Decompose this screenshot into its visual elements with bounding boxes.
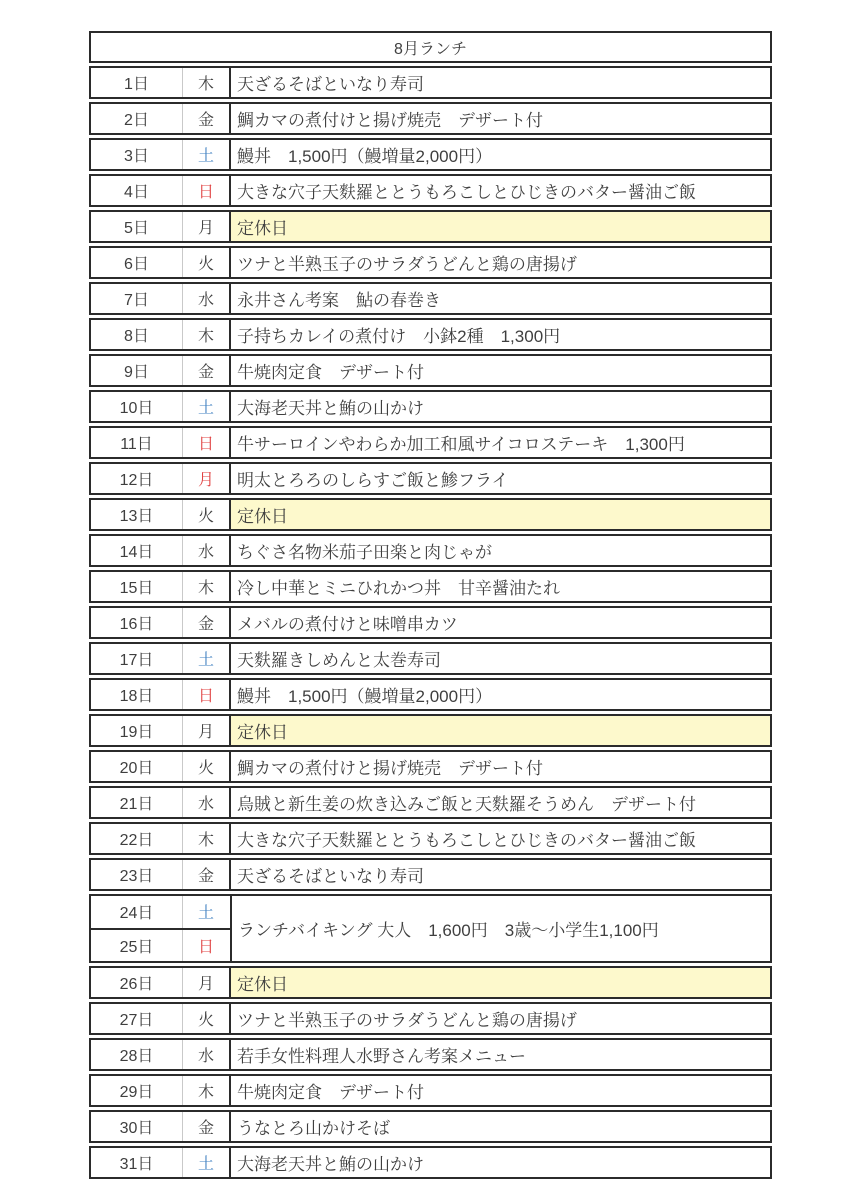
- weekday-cell: 月: [183, 968, 229, 997]
- day-label: 12日: [120, 467, 154, 490]
- day-cell: 31日: [91, 1148, 183, 1177]
- menu-label: 大きな穴子天麩羅ととうもろこしとひじきのバター醤油ご飯: [237, 178, 696, 203]
- menu-row: 29日 木 牛焼肉定食 デザート付: [89, 1074, 772, 1107]
- day-label: 2日: [124, 107, 149, 130]
- day-label: 17日: [120, 647, 154, 670]
- menu-cell: メバルの煮付けと味噌串カツ: [229, 608, 770, 637]
- menu-cell: 牛焼肉定食 デザート付: [229, 1076, 770, 1105]
- day-cell: 8日: [91, 320, 183, 349]
- menu-label: 定休日: [237, 214, 288, 239]
- menu-label: 牛サーロインやわらか加工和風サイコロステーキ 1,300円: [237, 430, 685, 455]
- menu-cell: 鯛カマの煮付けと揚げ焼売 デザート付: [229, 752, 770, 781]
- menu-rows: 1日 木 天ざるそばといなり寿司 2日 金 鯛カマの煮付けと揚げ焼売 デザート付…: [89, 66, 772, 1179]
- menu-row: 27日 火 ツナと半熟玉子のサラダうどんと鶏の唐揚げ: [89, 1002, 772, 1035]
- weekday-label: 木: [198, 1079, 214, 1102]
- menu-label: ちぐさ名物米茄子田楽と肉じゃが: [237, 538, 492, 563]
- day-cell: 4日: [91, 176, 183, 205]
- day-cell: 24日: [91, 896, 183, 928]
- day-label: 11日: [120, 431, 153, 454]
- day-cell: 16日: [91, 608, 183, 637]
- menu-row: 31日 土 大海老天丼と鮪の山かけ: [89, 1146, 772, 1179]
- day-cell: 21日: [91, 788, 183, 817]
- day-cell: 23日: [91, 860, 183, 889]
- weekday-label: 金: [198, 611, 214, 634]
- day-label: 20日: [120, 755, 154, 778]
- menu-row: 16日 金 メバルの煮付けと味噌串カツ: [89, 606, 772, 639]
- weekday-label: 土: [198, 143, 214, 166]
- day-cell: 18日: [91, 680, 183, 709]
- day-cell: 19日: [91, 716, 183, 745]
- menu-label: 鰻丼 1,500円（鰻増量2,000円）: [237, 142, 492, 167]
- weekday-cell: 日: [183, 680, 229, 709]
- day-label: 25日: [120, 934, 154, 957]
- weekday-label: 日: [198, 934, 214, 957]
- day-label: 8日: [124, 323, 149, 346]
- weekday-label: 日: [198, 683, 214, 706]
- menu-row: 11日 日 牛サーロインやわらか加工和風サイコロステーキ 1,300円: [89, 426, 772, 459]
- day-label: 16日: [120, 611, 154, 634]
- merged-day-column: 24日 土 25日 日: [91, 896, 230, 961]
- day-cell: 20日: [91, 752, 183, 781]
- menu-cell: 冷し中華とミニひれかつ丼 甘辛醤油たれ: [229, 572, 770, 601]
- day-label: 13日: [120, 503, 154, 526]
- menu-cell: 鰻丼 1,500円（鰻増量2,000円）: [229, 140, 770, 169]
- menu-label: 永井さん考案 鮎の春巻き: [237, 286, 441, 311]
- day-label: 21日: [120, 791, 154, 814]
- menu-label: メバルの煮付けと味噌串カツ: [237, 610, 458, 635]
- weekday-cell: 木: [183, 68, 229, 97]
- menu-label: 定休日: [237, 718, 288, 743]
- weekday-label: 火: [198, 1007, 214, 1030]
- day-label: 1日: [124, 71, 149, 94]
- day-cell: 28日: [91, 1040, 183, 1069]
- day-cell: 13日: [91, 500, 183, 529]
- calendar-title-row: 8月ランチ: [89, 31, 772, 63]
- menu-cell: 天ざるそばといなり寿司: [229, 860, 770, 889]
- day-cell: 30日: [91, 1112, 183, 1141]
- menu-label: 大きな穴子天麩羅ととうもろこしとひじきのバター醤油ご飯: [237, 826, 696, 851]
- weekday-label: 月: [198, 719, 214, 742]
- menu-row: 13日 火 定休日: [89, 498, 772, 531]
- weekday-label: 木: [198, 71, 214, 94]
- day-cell: 9日: [91, 356, 183, 385]
- menu-row: 12日 月 明太とろろのしらすご飯と鯵フライ: [89, 462, 772, 495]
- menu-row: 4日 日 大きな穴子天麩羅ととうもろこしとひじきのバター醤油ご飯: [89, 174, 772, 207]
- day-label: 18日: [120, 683, 154, 706]
- weekday-cell: 日: [183, 176, 229, 205]
- weekday-cell: 火: [183, 500, 229, 529]
- menu-row: 2日 金 鯛カマの煮付けと揚げ焼売 デザート付: [89, 102, 772, 135]
- menu-row: 18日 日 鰻丼 1,500円（鰻増量2,000円）: [89, 678, 772, 711]
- day-cell: 29日: [91, 1076, 183, 1105]
- weekday-cell: 金: [183, 356, 229, 385]
- weekday-cell: 金: [183, 860, 229, 889]
- day-label: 4日: [124, 179, 149, 202]
- calendar-title: 8月ランチ: [394, 36, 467, 59]
- day-label: 19日: [120, 719, 154, 742]
- weekday-cell: 木: [183, 824, 229, 853]
- weekday-label: 月: [198, 215, 214, 238]
- weekday-label: 金: [198, 359, 214, 382]
- menu-cell: ツナと半熟玉子のサラダうどんと鶏の唐揚げ: [229, 248, 770, 277]
- day-cell: 15日: [91, 572, 183, 601]
- menu-label: ツナと半熟玉子のサラダうどんと鶏の唐揚げ: [237, 1006, 577, 1031]
- menu-cell: ちぐさ名物米茄子田楽と肉じゃが: [229, 536, 770, 565]
- day-cell: 12日: [91, 464, 183, 493]
- day-cell: 2日: [91, 104, 183, 133]
- weekday-label: 木: [198, 827, 214, 850]
- menu-cell: 定休日: [229, 968, 770, 997]
- menu-label: 定休日: [237, 502, 288, 527]
- day-label: 15日: [120, 575, 154, 598]
- menu-cell: 大海老天丼と鮪の山かけ: [229, 1148, 770, 1177]
- day-label: 9日: [124, 359, 149, 382]
- day-label: 23日: [120, 863, 154, 886]
- weekday-label: 火: [198, 503, 214, 526]
- merged-menu-row: 24日 土 25日 日 ランチバイキング 大人 1,600円 3歳～小学生1,1…: [89, 894, 772, 963]
- menu-row: 9日 金 牛焼肉定食 デザート付: [89, 354, 772, 387]
- menu-label: ツナと半熟玉子のサラダうどんと鶏の唐揚げ: [237, 250, 577, 275]
- menu-row: 17日 土 天麩羅きしめんと太巻寿司: [89, 642, 772, 675]
- weekday-label: 水: [198, 287, 214, 310]
- day-label: 10日: [120, 395, 154, 418]
- weekday-cell: 火: [183, 752, 229, 781]
- menu-cell: 大きな穴子天麩羅ととうもろこしとひじきのバター醤油ご飯: [229, 176, 770, 205]
- menu-cell: 大海老天丼と鮪の山かけ: [229, 392, 770, 421]
- weekday-cell: 金: [183, 104, 229, 133]
- menu-row: 6日 火 ツナと半熟玉子のサラダうどんと鶏の唐揚げ: [89, 246, 772, 279]
- weekday-cell: 水: [183, 1040, 229, 1069]
- menu-label: 鯛カマの煮付けと揚げ焼売 デザート付: [237, 106, 543, 131]
- weekday-cell: 土: [183, 140, 229, 169]
- day-cell: 10日: [91, 392, 183, 421]
- menu-row: 20日 火 鯛カマの煮付けと揚げ焼売 デザート付: [89, 750, 772, 783]
- menu-label: 鰻丼 1,500円（鰻増量2,000円）: [237, 682, 492, 707]
- day-label: 6日: [124, 251, 149, 274]
- menu-label: 大海老天丼と鮪の山かけ: [237, 1150, 424, 1175]
- menu-row: 19日 月 定休日: [89, 714, 772, 747]
- menu-label: 牛焼肉定食 デザート付: [237, 1078, 424, 1103]
- weekday-label: 木: [198, 323, 214, 346]
- day-cell: 14日: [91, 536, 183, 565]
- menu-cell: 天ざるそばといなり寿司: [229, 68, 770, 97]
- menu-label: 大海老天丼と鮪の山かけ: [237, 394, 424, 419]
- weekday-label: 土: [198, 900, 214, 923]
- day-cell: 5日: [91, 212, 183, 241]
- day-cell: 3日: [91, 140, 183, 169]
- day-label: 30日: [120, 1115, 154, 1138]
- weekday-cell: 火: [183, 248, 229, 277]
- weekday-cell: 月: [183, 464, 229, 493]
- weekday-cell: 木: [183, 572, 229, 601]
- day-cell: 6日: [91, 248, 183, 277]
- sub-day-row: 25日 日: [91, 928, 230, 962]
- menu-label: 天ざるそばといなり寿司: [237, 862, 424, 887]
- weekday-label: 土: [198, 647, 214, 670]
- menu-cell: 大きな穴子天麩羅ととうもろこしとひじきのバター醤油ご飯: [229, 824, 770, 853]
- menu-cell: 子持ちカレイの煮付け 小鉢2種 1,300円: [229, 320, 770, 349]
- menu-cell: 定休日: [229, 716, 770, 745]
- menu-label: 明太とろろのしらすご飯と鯵フライ: [237, 466, 509, 491]
- menu-cell: ツナと半熟玉子のサラダうどんと鶏の唐揚げ: [229, 1004, 770, 1033]
- weekday-cell: 火: [183, 1004, 229, 1033]
- weekday-cell: 月: [183, 212, 229, 241]
- weekday-label: 金: [198, 107, 214, 130]
- menu-label: ランチバイキング 大人 1,600円 3歳～小学生1,100円: [238, 916, 659, 941]
- menu-label: 冷し中華とミニひれかつ丼 甘辛醤油たれ: [237, 574, 560, 599]
- menu-label: 天ざるそばといなり寿司: [237, 70, 424, 95]
- weekday-label: 水: [198, 1043, 214, 1066]
- menu-cell: 鯛カマの煮付けと揚げ焼売 デザート付: [229, 104, 770, 133]
- weekday-cell: 月: [183, 716, 229, 745]
- weekday-cell: 土: [183, 392, 229, 421]
- day-label: 28日: [120, 1043, 154, 1066]
- menu-label: 鯛カマの煮付けと揚げ焼売 デザート付: [237, 754, 543, 779]
- menu-cell: 牛焼肉定食 デザート付: [229, 356, 770, 385]
- day-cell: 1日: [91, 68, 183, 97]
- menu-row: 26日 月 定休日: [89, 966, 772, 999]
- day-cell: 27日: [91, 1004, 183, 1033]
- menu-cell: 定休日: [229, 500, 770, 529]
- menu-cell: 鰻丼 1,500円（鰻増量2,000円）: [229, 680, 770, 709]
- day-cell: 11日: [91, 428, 183, 457]
- menu-label: 烏賊と新生姜の炊き込みご飯と天麩羅そうめん デザート付: [237, 790, 696, 815]
- weekday-cell: 木: [183, 320, 229, 349]
- menu-row: 15日 木 冷し中華とミニひれかつ丼 甘辛醤油たれ: [89, 570, 772, 603]
- weekday-cell: 日: [183, 930, 229, 962]
- day-label: 24日: [120, 900, 154, 923]
- menu-row: 28日 水 若手女性料理人水野さん考案メニュー: [89, 1038, 772, 1071]
- menu-row: 10日 土 大海老天丼と鮪の山かけ: [89, 390, 772, 423]
- day-label: 3日: [124, 143, 149, 166]
- weekday-label: 金: [198, 1115, 214, 1138]
- weekday-label: 月: [198, 971, 214, 994]
- menu-cell: 牛サーロインやわらか加工和風サイコロステーキ 1,300円: [229, 428, 770, 457]
- weekday-label: 土: [198, 395, 214, 418]
- weekday-label: 火: [198, 755, 214, 778]
- weekday-label: 日: [198, 431, 214, 454]
- weekday-label: 水: [198, 791, 214, 814]
- weekday-label: 日: [198, 179, 214, 202]
- menu-cell: 烏賊と新生姜の炊き込みご飯と天麩羅そうめん デザート付: [229, 788, 770, 817]
- menu-cell: 若手女性料理人水野さん考案メニュー: [229, 1040, 770, 1069]
- day-label: 31日: [120, 1151, 154, 1174]
- sub-day-row: 24日 土: [91, 896, 230, 928]
- day-cell: 22日: [91, 824, 183, 853]
- day-cell: 26日: [91, 968, 183, 997]
- weekday-cell: 水: [183, 284, 229, 313]
- menu-cell: ランチバイキング 大人 1,600円 3歳～小学生1,100円: [230, 896, 770, 961]
- lunch-menu-calendar: 8月ランチ 1日 木 天ざるそばといなり寿司 2日 金 鯛カマの煮付けと揚げ焼売…: [89, 31, 772, 1179]
- menu-row: 8日 木 子持ちカレイの煮付け 小鉢2種 1,300円: [89, 318, 772, 351]
- menu-row: 21日 水 烏賊と新生姜の炊き込みご飯と天麩羅そうめん デザート付: [89, 786, 772, 819]
- menu-cell: 定休日: [229, 212, 770, 241]
- weekday-cell: 日: [183, 428, 229, 457]
- menu-label: 若手女性料理人水野さん考案メニュー: [237, 1042, 526, 1067]
- menu-cell: 明太とろろのしらすご飯と鯵フライ: [229, 464, 770, 493]
- day-label: 27日: [120, 1007, 154, 1030]
- weekday-cell: 金: [183, 1112, 229, 1141]
- menu-row: 1日 木 天ざるそばといなり寿司: [89, 66, 772, 99]
- menu-row: 23日 金 天ざるそばといなり寿司: [89, 858, 772, 891]
- menu-row: 7日 水 永井さん考案 鮎の春巻き: [89, 282, 772, 315]
- weekday-label: 木: [198, 575, 214, 598]
- weekday-label: 月: [198, 467, 214, 490]
- menu-label: 定休日: [237, 970, 288, 995]
- menu-row: 14日 水 ちぐさ名物米茄子田楽と肉じゃが: [89, 534, 772, 567]
- weekday-cell: 水: [183, 536, 229, 565]
- menu-cell: 永井さん考案 鮎の春巻き: [229, 284, 770, 313]
- menu-row: 22日 木 大きな穴子天麩羅ととうもろこしとひじきのバター醤油ご飯: [89, 822, 772, 855]
- weekday-label: 水: [198, 539, 214, 562]
- weekday-cell: 土: [183, 644, 229, 673]
- day-label: 5日: [124, 215, 149, 238]
- weekday-cell: 水: [183, 788, 229, 817]
- day-label: 26日: [120, 971, 154, 994]
- weekday-label: 金: [198, 863, 214, 886]
- weekday-cell: 金: [183, 608, 229, 637]
- day-cell: 17日: [91, 644, 183, 673]
- weekday-label: 土: [198, 1151, 214, 1174]
- day-label: 7日: [124, 287, 149, 310]
- menu-label: 子持ちカレイの煮付け 小鉢2種 1,300円: [237, 322, 560, 347]
- day-cell: 7日: [91, 284, 183, 313]
- menu-row: 30日 金 うなとろ山かけそば: [89, 1110, 772, 1143]
- menu-cell: うなとろ山かけそば: [229, 1112, 770, 1141]
- menu-label: うなとろ山かけそば: [237, 1114, 390, 1139]
- menu-label: 牛焼肉定食 デザート付: [237, 358, 424, 383]
- weekday-cell: 木: [183, 1076, 229, 1105]
- weekday-label: 火: [198, 251, 214, 274]
- day-label: 14日: [120, 539, 154, 562]
- menu-row: 3日 土 鰻丼 1,500円（鰻増量2,000円）: [89, 138, 772, 171]
- weekday-cell: 土: [183, 1148, 229, 1177]
- day-label: 29日: [120, 1079, 154, 1102]
- day-label: 22日: [120, 827, 154, 850]
- weekday-cell: 土: [183, 896, 229, 928]
- menu-label: 天麩羅きしめんと太巻寿司: [237, 646, 441, 671]
- day-cell: 25日: [91, 930, 183, 962]
- menu-cell: 天麩羅きしめんと太巻寿司: [229, 644, 770, 673]
- menu-row: 5日 月 定休日: [89, 210, 772, 243]
